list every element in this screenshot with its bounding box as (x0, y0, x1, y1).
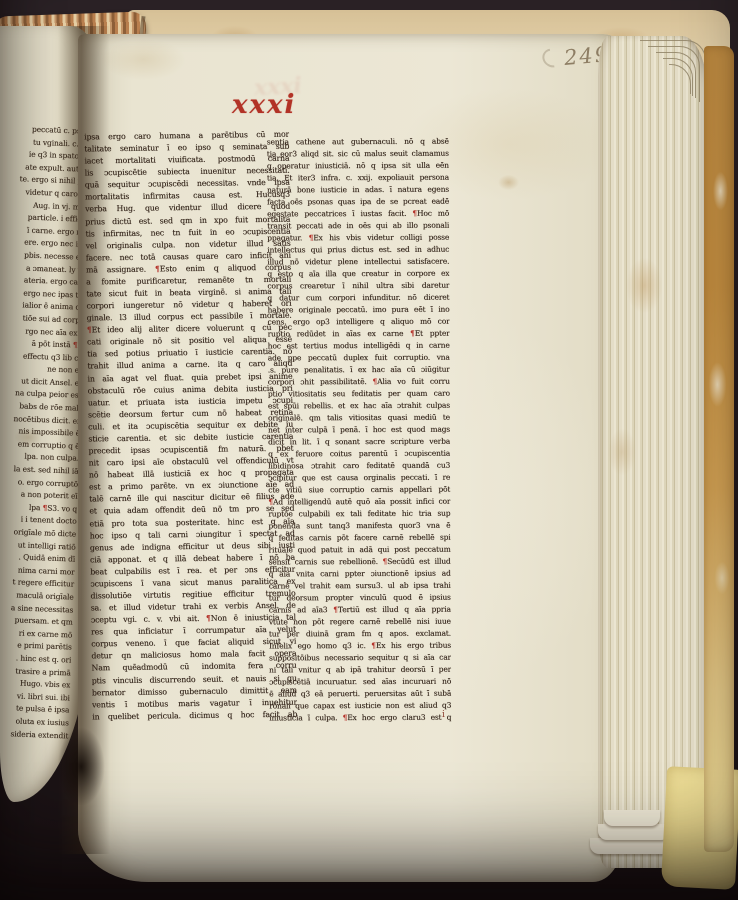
catchword-mark: i (442, 710, 445, 720)
text-line: ɔcupiscētiā incuruatur. sed aīas incurua… (269, 676, 451, 689)
text-line: ē aliud q3 eā peruerti. peruersitas aūt … (269, 688, 451, 701)
text-line: habere originale peccatū. imo pura eēt ī… (267, 304, 449, 317)
text-line: ruptōe culpabili ex tali feditate hic tr… (268, 508, 450, 521)
text-line: carnē vel trahit eam sursu3. ul ab ipsa … (269, 580, 451, 593)
text-line: sensit carnis sue rebellionē. ¶Secūdū es… (269, 556, 451, 569)
text-line: ptio vitiositatis seu feditatis per quam… (268, 388, 450, 401)
incunabulum-book-photo: peccatū c. ps ic.tu vginali. c. vs.ie q3… (0, 0, 738, 900)
pencil-flourish (539, 45, 566, 71)
text-line: corpori ɔhit passibilitatē. ¶Alia vo fui… (268, 376, 450, 389)
text-column-right: sentia cathene aut gubernaculi. nō q abs… (267, 136, 452, 725)
text-line: intellectus qui prius dictus est. sed in… (267, 244, 449, 257)
text-line: cens. ergo op3 intelligere q aliquo mō c… (268, 316, 450, 329)
text-line: q operatur iniusticiā. nō q ipsa sit ull… (267, 160, 449, 173)
text-line: tia. Et iter3 infra. c. xxij. expoliauit… (267, 172, 449, 185)
text-line: corpus crearetur ī nihil ultra sibi dare… (267, 280, 449, 293)
text-line: transit peccati ade in oēs qui ab illo p… (267, 220, 449, 233)
text-line: ritualē quod patuit in adā qui post pecc… (268, 544, 450, 557)
text-line: suppositōibus necessario sequitur q si a… (269, 652, 451, 665)
text-line: ɔcipitur que est causa orginalis peccati… (268, 472, 450, 485)
fore-edge-page-stack (598, 36, 708, 868)
text-line: ppagatur. ¶Ex his vbis videtur colligi p… (267, 232, 449, 245)
text-line: libidinosa ɔtrahit caro feditatē quandā … (268, 460, 450, 473)
text-line: ruptio redūdet in aīas ex carne ¶Et ppte… (268, 328, 450, 341)
text-line: cte vitiū siue corruptio carnis appellar… (268, 484, 450, 497)
text-line: ponenda sunt tanq3 manifesta quor3 vna ē (268, 520, 450, 533)
text-line: Infelix ego homo q3 ic. ¶Ex his ergo tri… (269, 640, 451, 653)
binding-cover-fore-edge (704, 46, 734, 852)
page-edge-step (598, 824, 670, 840)
text-line: carnis ad aīa3 ¶Tertiū est illud q aīa p… (269, 604, 451, 617)
text-line: naturā bone iusticie in adas. ī natura e… (267, 184, 449, 197)
text-line: est spūi rebellis. et ex hac aīa ɔtrahit… (268, 400, 450, 413)
recto-page: xxxi xxxi 249 ipsa ergo caro humana a pa… (78, 34, 623, 882)
text-column-left: ipsa ergo caro humana a parētibus cū mor… (84, 129, 297, 724)
text-line: egestate peccatrices ī iustas facit. ¶Ho… (267, 208, 449, 221)
text-line: sentia cathene aut gubernaculi. nō q abs… (267, 136, 449, 149)
text-line: in quelibet pericula. dicimus q hoc faci… (92, 708, 297, 723)
text-line: .s. pure penalitatis. ī ex hac aīa cū ɔi… (268, 364, 450, 377)
text-line: tia eor3 aliqd sit. sic cū malus seuit c… (267, 148, 449, 161)
text-line: net inter culpā ī penā. ī hoc est quod m… (268, 424, 450, 437)
text-line: q ex feruore coitus parentū ī ɔcupiscent… (268, 448, 450, 461)
text-line: ade ppe peccatū duplex fuit corruptio. v… (268, 352, 450, 365)
text-line: vtute non pōt regere carnē rebellē nisi … (269, 616, 451, 629)
text-line: ¶Ad intelligendū autē quō aīa possit inf… (268, 496, 450, 509)
chapter-number-heading: xxxi (232, 90, 296, 120)
text-line: tur per diuinā gram fm q apos. exclamat. (269, 628, 451, 641)
text-line: q datur cum corpori infunditur. nō dicer… (267, 292, 449, 305)
text-line: rōnali que capax est iusticie non est al… (269, 700, 451, 713)
text-line: q feditas carnis pōt facere carnē rebell… (268, 532, 450, 545)
text-line: tur deorsum propter vinculū quod ē ipsiu… (269, 592, 451, 605)
text-line: hoc est tertius modus intelligēdi q in c… (268, 340, 450, 353)
text-line: ni tali vnitur q ab ipā trahitur deorsū … (269, 664, 451, 677)
text-line: originalē. qm talis vitiositas quasi med… (268, 412, 450, 425)
text-line: q esto q aīa illa que creatur in corpore… (267, 268, 449, 281)
text-line: q aīa vnita carni ppter ɔiunctionē ipsiu… (269, 568, 451, 581)
page-edge-step (604, 810, 660, 826)
text-line: facta oēs psonas quas ipa de se pcreat e… (267, 196, 449, 209)
text-line: illud nō videtur plene intellectui satis… (267, 256, 449, 269)
text-line: dicit in lit. ī q sonant sacre scripture… (268, 436, 450, 449)
text-line: iniusticia ī culpa. ¶Ex hoc ergo claru3 … (269, 712, 451, 725)
